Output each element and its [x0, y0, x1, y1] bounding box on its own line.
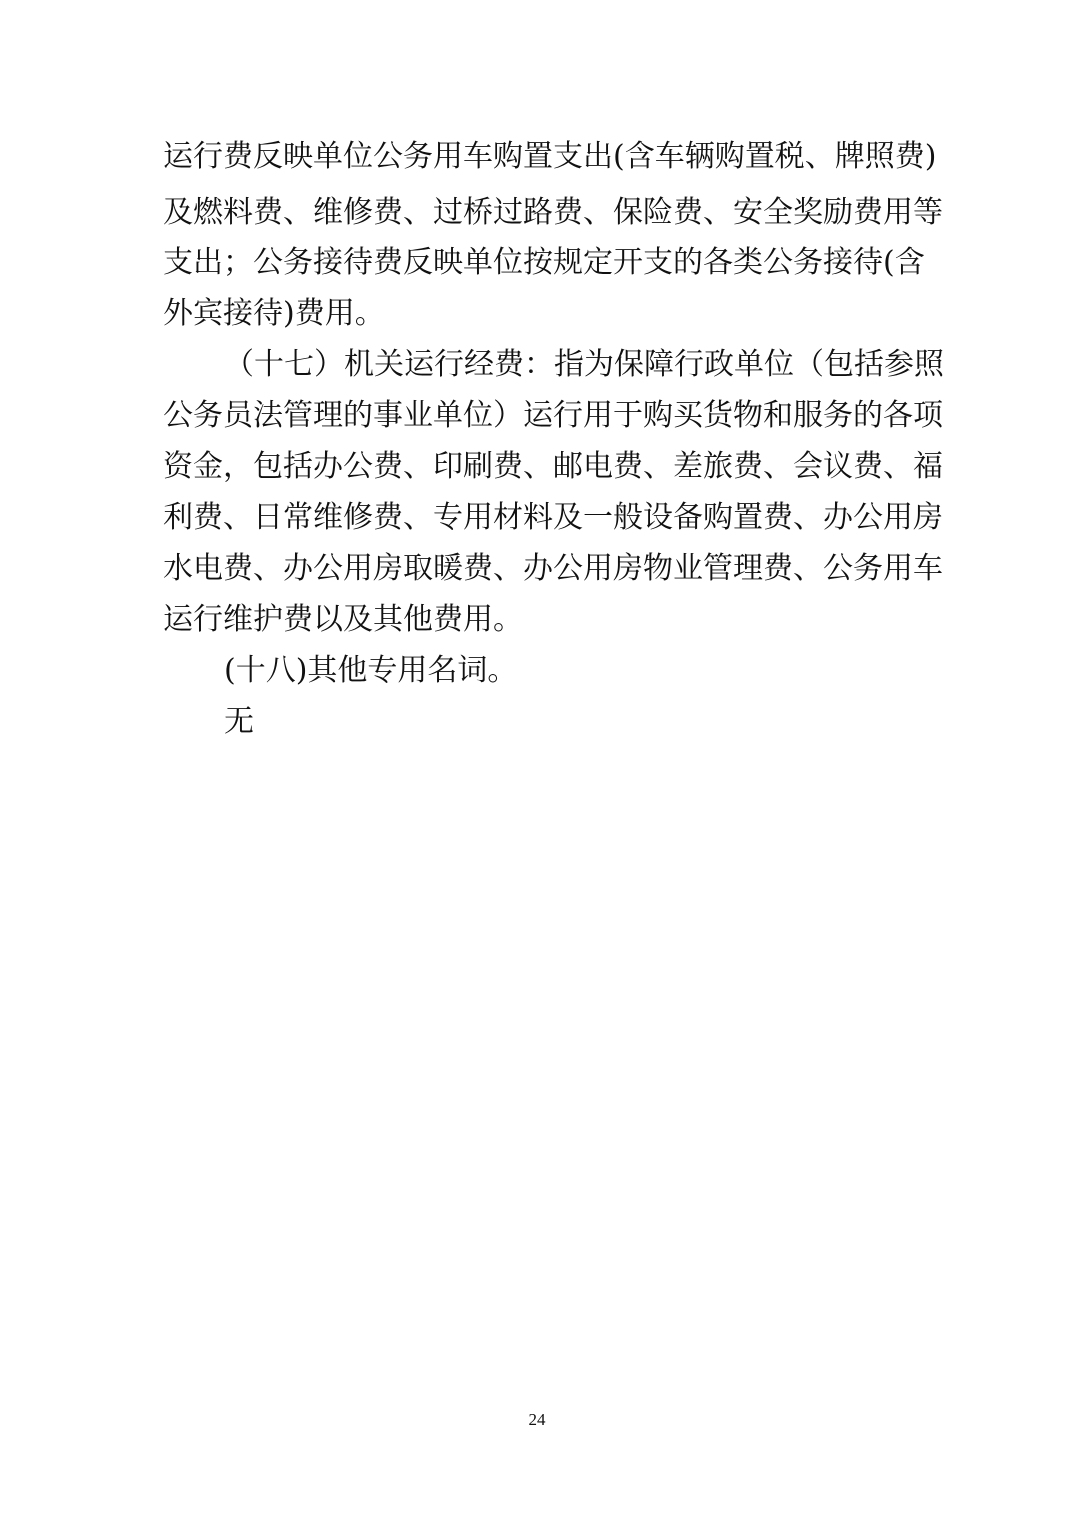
glyph: 用: [883, 195, 913, 231]
glyph: 金: [193, 449, 223, 485]
glyph: 桥: [463, 195, 493, 231]
glyph: 用: [343, 551, 373, 587]
glyph: 维: [313, 195, 343, 231]
glyph: 费: [493, 449, 523, 485]
glyph: 机: [344, 347, 374, 383]
text-line: 运行费反映单位公务用车购置支出(含车辆购置税、牌照费): [163, 139, 913, 175]
glyph: 、: [253, 551, 283, 587]
glyph: 安: [733, 195, 763, 231]
section-heading-17: （十七）机关运行经费：指为保障行政单位（包括参照: [224, 347, 913, 383]
glyph: 修: [343, 500, 373, 536]
glyph: 运: [523, 398, 553, 434]
glyph: 费: [763, 551, 793, 587]
glyph: 费: [553, 195, 583, 231]
glyph: 物: [733, 398, 763, 434]
glyph: 水: [163, 551, 193, 587]
glyph: 房: [613, 551, 643, 587]
glyph: 业: [673, 551, 703, 587]
glyph: 运: [404, 347, 434, 383]
glyph: 税: [775, 139, 805, 175]
glyph: 保: [613, 195, 643, 231]
glyph: 的: [343, 398, 373, 434]
glyph: 燃: [193, 195, 223, 231]
glyph: 及: [163, 195, 193, 231]
glyph: (: [883, 245, 895, 281]
glyph: ）: [314, 347, 344, 383]
glyph: 置: [523, 139, 553, 175]
glyph: 办: [523, 551, 553, 587]
glyph: 定: [583, 245, 613, 281]
glyph: 奖: [793, 195, 823, 231]
glyph: 为: [584, 347, 614, 383]
glyph: 出: [193, 245, 223, 281]
glyph: ）: [493, 398, 523, 434]
glyph: 按: [523, 245, 553, 281]
glyph: 料: [523, 500, 553, 536]
glyph: 专: [433, 500, 463, 536]
glyph: (: [613, 139, 625, 175]
glyph: 公: [853, 500, 883, 536]
glyph: 议: [823, 449, 853, 485]
glyph: 公: [763, 245, 793, 281]
glyph: 置: [733, 500, 763, 536]
glyph: 反: [253, 139, 283, 175]
glyph: 行: [193, 139, 223, 175]
glyph: 费: [895, 139, 925, 175]
glyph: 印: [433, 449, 463, 485]
glyph: 办: [313, 449, 343, 485]
glyph: 映: [433, 245, 463, 281]
glyph: 及: [553, 500, 583, 536]
glyph: 会: [793, 449, 823, 485]
glyph: 待: [343, 245, 373, 281]
glyph: 务: [823, 398, 853, 434]
glyph: 费: [763, 500, 793, 536]
glyph: 务: [283, 245, 313, 281]
glyph: （: [794, 347, 824, 383]
glyph: 运: [163, 139, 193, 175]
glyph: 经: [464, 347, 494, 383]
glyph: 、: [403, 195, 433, 231]
glyph: 法: [253, 398, 283, 434]
glyph: 、: [643, 449, 673, 485]
glyph: ；: [223, 245, 253, 281]
text-line: 利费、日常维修费、专用材料及一般设备购置费、办公用房: [163, 500, 913, 536]
glyph: 的: [853, 398, 883, 434]
glyph: 办: [283, 551, 313, 587]
glyph: 费: [373, 500, 403, 536]
glyph: 照: [865, 139, 895, 175]
glyph: 费: [223, 551, 253, 587]
glyph: 买: [673, 398, 703, 434]
glyph: 、: [793, 551, 823, 587]
glyph: 房: [373, 551, 403, 587]
glyph: 、: [283, 195, 313, 231]
glyph: 购: [643, 398, 673, 434]
glyph: 映: [283, 139, 313, 175]
glyph: 行: [434, 347, 464, 383]
glyph: 费: [673, 195, 703, 231]
glyph: 指: [554, 347, 584, 383]
glyph: 管: [703, 551, 733, 587]
glyph: 务: [403, 139, 433, 175]
glyph: 于: [613, 398, 643, 434]
glyph: 车: [463, 139, 493, 175]
glyph: 、: [583, 195, 613, 231]
glyph: 、: [403, 449, 433, 485]
text-line: 外宾接待)费用。: [163, 296, 913, 332]
glyph: 用: [583, 551, 613, 587]
glyph: 各: [883, 398, 913, 434]
glyph: 反: [403, 245, 433, 281]
glyph: 公: [163, 398, 193, 434]
glyph: 的: [673, 245, 703, 281]
glyph: 行: [674, 347, 704, 383]
glyph: 位: [463, 398, 493, 434]
text-line: 公务员法管理的事业单位）运行用于购买货物和服务的各项: [163, 398, 913, 434]
glyph: 障: [644, 347, 674, 383]
glyph: （: [224, 347, 254, 383]
glyph: 、: [883, 449, 913, 485]
glyph: 购: [715, 139, 745, 175]
glyph: 单: [433, 398, 463, 434]
glyph: 公: [343, 449, 373, 485]
text-line: 水电费、办公用房取暖费、办公用房物业管理费、公务用车: [163, 551, 913, 587]
glyph: 用: [883, 551, 913, 587]
glyph: 含: [625, 139, 655, 175]
glyph: 和: [763, 398, 793, 434]
glyph: 等: [913, 195, 943, 231]
glyph: 费: [373, 245, 403, 281]
glyph: 、: [493, 551, 523, 587]
glyph: 办: [823, 500, 853, 536]
glyph: 暖: [433, 551, 463, 587]
glyph: 电: [193, 551, 223, 587]
glyph: ): [925, 139, 937, 175]
glyph: 费: [733, 449, 763, 485]
glyph: 励: [823, 195, 853, 231]
glyph: 支: [553, 139, 583, 175]
glyph: 车: [913, 551, 943, 587]
glyph: 过: [433, 195, 463, 231]
glyph: 保: [614, 347, 644, 383]
glyph: 、: [703, 195, 733, 231]
section-heading-18: (十八)其他专用名词。: [224, 653, 913, 689]
text-line: 资金，包括办公费、印刷费、邮电费、差旅费、会议费、福: [163, 449, 913, 485]
glyph: 维: [313, 500, 343, 536]
glyph: 费: [373, 195, 403, 231]
glyph: 备: [673, 500, 703, 536]
glyph: 取: [403, 551, 433, 587]
glyph: 常: [283, 500, 313, 536]
glyph: 材: [493, 500, 523, 536]
glyph: 、: [403, 500, 433, 536]
glyph: 路: [523, 195, 553, 231]
glyph: 位: [493, 245, 523, 281]
glyph: 利: [163, 500, 193, 536]
glyph: 用: [883, 500, 913, 536]
glyph: 支: [163, 245, 193, 281]
glyph: 关: [374, 347, 404, 383]
glyph: 参: [884, 347, 914, 383]
glyph: 括: [854, 347, 884, 383]
glyph: 公: [373, 139, 403, 175]
glyph: 位: [764, 347, 794, 383]
glyph: 各: [703, 245, 733, 281]
glyph: 公: [313, 551, 343, 587]
glyph: 置: [745, 139, 775, 175]
glyph: 货: [703, 398, 733, 434]
glyph: 七: [284, 347, 314, 383]
glyph: 费: [253, 195, 283, 231]
glyph: 务: [853, 551, 883, 587]
glyph: 类: [733, 245, 763, 281]
glyph: 支: [643, 245, 673, 281]
glyph: 费: [463, 551, 493, 587]
glyph: 、: [223, 500, 253, 536]
glyph: 般: [613, 500, 643, 536]
glyph: ，: [223, 449, 253, 485]
glyph: 福: [913, 449, 943, 485]
glyph: 辆: [685, 139, 715, 175]
document-page: 运行费反映单位公务用车购置支出(含车辆购置税、牌照费) 及燃料费、维修费、过桥过…: [0, 0, 1074, 1520]
glyph: 含: [895, 245, 925, 281]
glyph: 待: [853, 245, 883, 281]
glyph: 过: [493, 195, 523, 231]
glyph: 房: [913, 500, 943, 536]
glyph: 照: [914, 347, 944, 383]
glyph: 一: [583, 500, 613, 536]
glyph: 接: [823, 245, 853, 281]
glyph: 物: [643, 551, 673, 587]
glyph: 、: [523, 449, 553, 485]
glyph: 料: [223, 195, 253, 231]
glyph: 购: [493, 139, 523, 175]
glyph: 牌: [835, 139, 865, 175]
glyph: 用: [583, 398, 613, 434]
glyph: 旅: [703, 449, 733, 485]
glyph: 业: [403, 398, 433, 434]
glyph: 单: [734, 347, 764, 383]
glyph: 开: [613, 245, 643, 281]
text-line: 运行维护费以及其他费用。: [163, 602, 913, 638]
glyph: 务: [193, 398, 223, 434]
glyph: 事: [373, 398, 403, 434]
glyph: 员: [223, 398, 253, 434]
glyph: 项: [913, 398, 943, 434]
glyph: 理: [733, 551, 763, 587]
glyph: 规: [553, 245, 583, 281]
glyph: 费: [613, 449, 643, 485]
glyph: 费: [193, 500, 223, 536]
glyph: 设: [643, 500, 673, 536]
glyph: 公: [553, 551, 583, 587]
glyph: 、: [793, 500, 823, 536]
glyph: 费: [853, 449, 883, 485]
glyph: 公: [253, 245, 283, 281]
glyph: 全: [763, 195, 793, 231]
glyph: 出: [583, 139, 613, 175]
glyph: 用: [463, 500, 493, 536]
glyph: 位: [343, 139, 373, 175]
glyph: 购: [703, 500, 733, 536]
glyph: 电: [583, 449, 613, 485]
glyph: 括: [283, 449, 313, 485]
text-line: 支出；公务接待费反映单位按规定开支的各类公务接待(含: [163, 245, 913, 281]
glyph: 理: [313, 398, 343, 434]
glyph: 、: [763, 449, 793, 485]
glyph: 险: [643, 195, 673, 231]
glyph: 公: [823, 551, 853, 587]
page-number: 24: [0, 1410, 1074, 1430]
glyph: 管: [283, 398, 313, 434]
glyph: 费: [494, 347, 524, 383]
glyph: 差: [673, 449, 703, 485]
glyph: 务: [793, 245, 823, 281]
glyph: 用: [433, 139, 463, 175]
glyph: 日: [253, 500, 283, 536]
glyph: 刷: [463, 449, 493, 485]
glyph: 单: [313, 139, 343, 175]
glyph: 政: [704, 347, 734, 383]
glyph: 费: [853, 195, 883, 231]
glyph: 邮: [553, 449, 583, 485]
glyph: 行: [553, 398, 583, 434]
glyph: 资: [163, 449, 193, 485]
glyph: 十: [254, 347, 284, 383]
glyph: ：: [524, 347, 554, 383]
glyph: 费: [373, 449, 403, 485]
glyph: 接: [313, 245, 343, 281]
glyph: 修: [343, 195, 373, 231]
glyph: 服: [793, 398, 823, 434]
text-line: 及燃料费、维修费、过桥过路费、保险费、安全奖励费用等: [163, 195, 913, 231]
glyph: 费: [223, 139, 253, 175]
glyph: 包: [253, 449, 283, 485]
glyph: 包: [824, 347, 854, 383]
glyph: 车: [655, 139, 685, 175]
glyph: 单: [463, 245, 493, 281]
glyph: 、: [805, 139, 835, 175]
section-content: 无: [224, 704, 913, 740]
